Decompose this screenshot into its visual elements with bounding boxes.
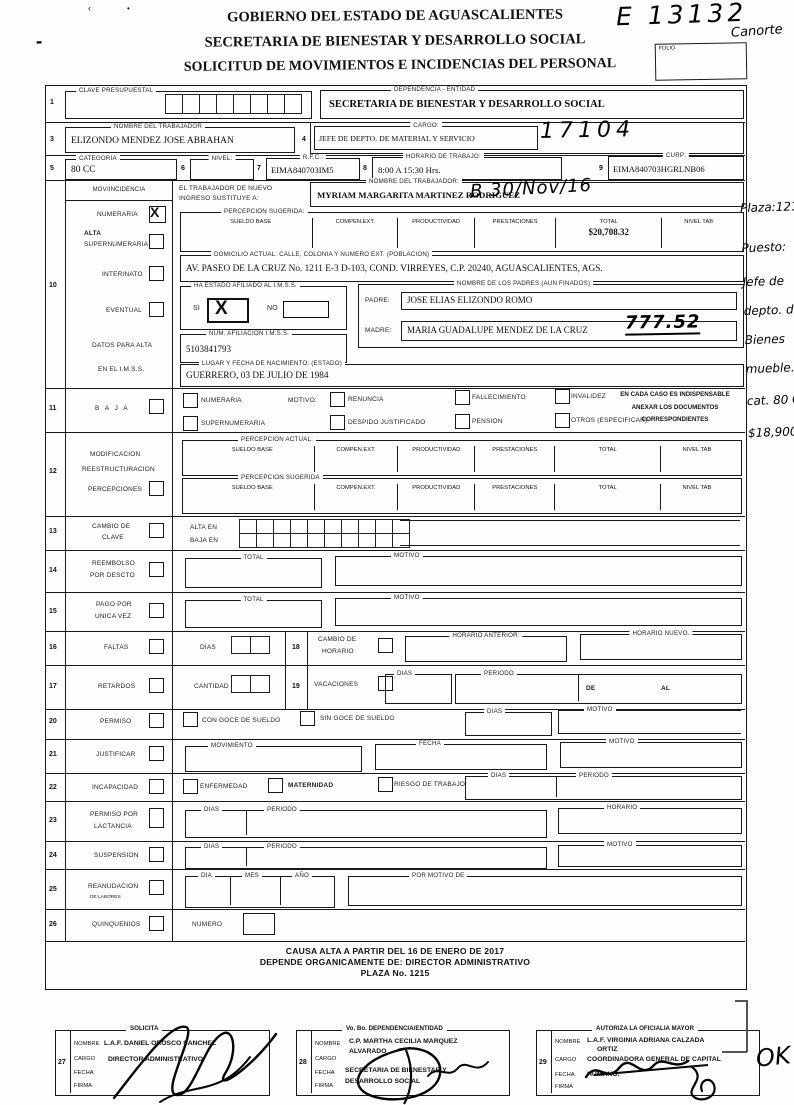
margin-notes: Plaza:1215 Puesto: Jefe de depto. d Bien… bbox=[740, 199, 794, 440]
en-el-imss-label: EN EL I.M.S.S. bbox=[98, 366, 144, 373]
grid-cell[interactable] bbox=[273, 519, 291, 534]
baja-en-label: BAJA EN bbox=[190, 537, 218, 544]
maternidad-label: MATERNIDAD bbox=[288, 782, 333, 789]
lactancia-checkbox[interactable] bbox=[149, 808, 164, 828]
divider bbox=[400, 545, 740, 546]
row-number-14: 14 bbox=[49, 567, 57, 574]
autoriza-nombre-value-1: L.A.F. VIRGINIA ADRIANA CALZADA bbox=[587, 1037, 704, 1044]
cargo-field[interactable]: CARGO: JEFE DE DEPTO. DE MATERIAL Y SERV… bbox=[314, 126, 538, 150]
horario-nuevo-field[interactable]: HORARIO NUEVO. bbox=[580, 634, 742, 660]
dias-label: DIAS bbox=[488, 772, 509, 779]
margin-note: Puesto: bbox=[741, 239, 794, 255]
percepcion-sugerida-label: PERCEPCION SUGERIDA: bbox=[221, 208, 308, 215]
vacaciones-dias-field[interactable]: DIAS bbox=[385, 674, 452, 704]
divider bbox=[45, 773, 745, 774]
cambio-clave-label-2: CLAVE bbox=[102, 534, 124, 541]
reembolso-label-1: REEMBOLSO bbox=[92, 560, 135, 567]
divider bbox=[45, 869, 745, 870]
domicilio-field[interactable]: DOMICILIO ACTUAL: CALLE, COLONIA Y NUMER… bbox=[180, 255, 744, 282]
grid-cell[interactable] bbox=[290, 533, 308, 548]
grid-cell[interactable] bbox=[307, 519, 325, 534]
signature-29 bbox=[580, 1045, 745, 1105]
col-nivel-tab[interactable]: NIVEL TAB bbox=[660, 484, 733, 510]
motivo-label: MOTIVO bbox=[391, 552, 423, 559]
divider bbox=[45, 432, 745, 433]
justificar-checkbox[interactable] bbox=[149, 746, 164, 761]
motivo-label: MOTIVO bbox=[391, 594, 423, 601]
periodo-label: PERIODO bbox=[576, 772, 612, 779]
col-productividad[interactable]: PRODUCTIVIDAD bbox=[397, 218, 474, 248]
divider bbox=[578, 675, 579, 701]
grid-cell[interactable] bbox=[239, 519, 257, 534]
row-number-8: 8 bbox=[363, 165, 367, 172]
curp-label: CURP: bbox=[663, 152, 689, 159]
divider bbox=[45, 801, 745, 802]
nacimiento-value: GUERRERO, 03 DE JULIO DE 1984 bbox=[186, 371, 329, 381]
quinquenios-numero-field[interactable] bbox=[243, 913, 275, 935]
enfermedad-checkbox[interactable] bbox=[183, 779, 198, 794]
dias-label: DIAS bbox=[201, 843, 222, 850]
alta-en-label: ALTA EN bbox=[190, 524, 217, 531]
col-nivel-tab[interactable]: NIVEL TAB bbox=[660, 446, 733, 472]
grid-cell[interactable] bbox=[341, 533, 359, 548]
vacaciones-periodo-field[interactable]: PERIODO DE AL bbox=[455, 674, 742, 704]
fecha-label: FECHA bbox=[74, 1070, 94, 1076]
row-number-9: 9 bbox=[599, 165, 603, 172]
supernumeraria-checkbox[interactable] bbox=[149, 234, 164, 249]
madre-value: MARIA GUADALUPE MENDEZ DE LA CRUZ bbox=[407, 325, 588, 335]
interinato-label: INTERINATO bbox=[102, 271, 143, 278]
percepcion-actual-box[interactable]: PERCEPCION ACTUAL: SUELDO BASE COMPEN.EX… bbox=[182, 440, 742, 476]
riesgo-label: RIESGO DE TRABAJO bbox=[394, 781, 465, 788]
col-prestaciones[interactable]: PRESTACIONES bbox=[474, 484, 554, 510]
baja-note: EN CADA CASO ES INDISPENSABLE ANEXAR LOS… bbox=[608, 389, 742, 427]
nacimiento-field[interactable]: LUGAR Y FECHA DE NACIMIENTO: (ESTADO) GU… bbox=[180, 364, 744, 387]
justificar-movimiento-field[interactable]: MOVIMIENTO bbox=[185, 746, 362, 772]
categoria-value: 80 CC bbox=[71, 165, 96, 175]
maternidad-checkbox[interactable] bbox=[268, 778, 283, 793]
eventual-label: EVENTUAL bbox=[106, 307, 142, 314]
eventual-checkbox[interactable] bbox=[149, 302, 164, 317]
scan-bracket bbox=[722, 1051, 747, 1053]
row-number-16: 16 bbox=[49, 644, 57, 651]
clave-cell[interactable] bbox=[165, 94, 183, 114]
row-number-3: 3 bbox=[50, 136, 54, 143]
periodo-label: PERIODO bbox=[264, 806, 300, 813]
incapacidad-label: INCAPACIDAD bbox=[92, 784, 138, 791]
col-label: SUELDO BASE bbox=[230, 219, 271, 225]
grid-cell[interactable] bbox=[307, 533, 325, 548]
grid-cell[interactable] bbox=[392, 519, 410, 534]
grid-cell[interactable] bbox=[324, 519, 342, 534]
suspension-dias-periodo-field[interactable]: DIAS PERIODO bbox=[185, 847, 547, 869]
baja-note-line: ANEXAR LOS DOCUMENTOS bbox=[608, 402, 742, 415]
dias-label: DIAS bbox=[484, 708, 505, 715]
cargo-value: JEFE DE DEPTO. DE MATERIAL Y SERVICIO bbox=[319, 134, 475, 143]
firma-label: FIRMA bbox=[555, 1084, 573, 1090]
handwritten-ok: OK bbox=[755, 1041, 792, 1072]
divider bbox=[556, 777, 557, 797]
lactancia-dias-periodo-field[interactable]: DIAS PERIODO bbox=[185, 810, 547, 838]
margin-note: $18,900.0 bbox=[748, 424, 794, 440]
con-goce-checkbox[interactable] bbox=[183, 712, 198, 727]
justificar-fecha-field[interactable]: FECHA bbox=[375, 744, 547, 770]
riesgo-checkbox[interactable] bbox=[378, 777, 393, 792]
dias-cell[interactable] bbox=[250, 636, 270, 654]
col-productividad[interactable]: PRODUCTIVIDAD bbox=[397, 484, 474, 510]
margin-note: Jefe de bbox=[742, 273, 794, 289]
row-number-12: 12 bbox=[49, 468, 57, 475]
baja-numeraria-checkbox[interactable] bbox=[183, 393, 198, 408]
cambio-horario-checkbox[interactable] bbox=[378, 638, 393, 653]
cargo-label: CARGO bbox=[555, 1057, 576, 1063]
sin-goce-label: SIN GOCE DE SUELDO bbox=[320, 715, 395, 722]
modificacion-label: MODIFICACION bbox=[90, 451, 140, 458]
clave-cell[interactable] bbox=[182, 94, 200, 114]
de-label: DE bbox=[586, 685, 595, 692]
reembolso-total-field[interactable]: TOTAL bbox=[185, 558, 322, 588]
horario-trabajo-label: HORARIO DE TRABAJO: bbox=[403, 153, 484, 160]
horario-anterior-field[interactable]: HORARIO ANTERIOR: bbox=[405, 636, 567, 662]
ano-label: AÑO bbox=[292, 872, 312, 879]
no-checkbox[interactable] bbox=[283, 301, 329, 318]
col-compen-ext[interactable]: COMPEN.EXT. bbox=[312, 218, 397, 248]
categoria-label: CATEGORIA bbox=[76, 155, 120, 162]
si-label: SI bbox=[193, 305, 200, 312]
permiso-motivo-field[interactable]: MOTIVO bbox=[558, 710, 741, 734]
rfc-value: EIMA840703IM5 bbox=[271, 165, 334, 175]
nivel-field[interactable]: NIVEL: bbox=[190, 159, 254, 180]
numeraria-checkbox[interactable]: X bbox=[149, 206, 166, 223]
col-total[interactable]: TOTAL $20,708.32 bbox=[555, 218, 661, 248]
autoriza-title: AUTORIZA LA OFICIALIA MAYOR bbox=[592, 1025, 698, 1032]
num-afiliacion-label: NUM. AFILIACION I.M.S.S. bbox=[206, 330, 292, 337]
col-sueldo-base[interactable]: SUELDO BASE bbox=[191, 446, 314, 472]
reanudacion-motivo-field[interactable]: POR MOTIVO DE bbox=[348, 876, 742, 906]
total-label: TOTAL bbox=[240, 596, 266, 603]
row-number-21: 21 bbox=[49, 751, 57, 758]
baja-invalidez-label: INVALIDEZ bbox=[571, 393, 606, 400]
grid-cell[interactable] bbox=[375, 533, 393, 548]
divider bbox=[45, 739, 745, 740]
col-sueldo-base[interactable]: SUELDO BASE bbox=[191, 484, 314, 510]
domicilio-value: AV. PASEO DE LA CRUZ No. 1211 E-3 D-103,… bbox=[186, 264, 603, 274]
col-prestaciones[interactable]: PRESTACIONES bbox=[474, 446, 554, 472]
baja-supernumeraria-checkbox[interactable] bbox=[183, 416, 198, 431]
cargo-label: CARGO bbox=[74, 1056, 95, 1062]
col-compen-ext[interactable]: COMPEN.EXT. bbox=[314, 484, 398, 510]
row-number-26: 26 bbox=[49, 921, 57, 928]
reembolso-checkbox[interactable] bbox=[149, 562, 164, 577]
categoria-field[interactable]: CATEGORIA 80 CC bbox=[65, 159, 177, 180]
scan-bracket bbox=[746, 1000, 748, 1052]
grid-cell[interactable] bbox=[256, 533, 274, 548]
dia-label: DIA bbox=[198, 872, 215, 879]
col-label: NIVEL TAB bbox=[684, 219, 713, 225]
cambio-clave-checkbox[interactable] bbox=[149, 523, 164, 538]
motivo-label: MOTIVO bbox=[584, 706, 616, 713]
scanned-form-page: ‹ • - GOBIERNO DEL ESTADO DE AGUASCALIEN… bbox=[0, 0, 794, 1105]
col-label: NIVEL TAB bbox=[683, 485, 712, 491]
col-label: PRODUCTIVIDAD bbox=[412, 485, 460, 491]
percepciones-label: PERCEPCIONES bbox=[88, 486, 142, 493]
suspension-label: SUSPENSION bbox=[94, 852, 139, 859]
cantidad-label: CANTIDAD bbox=[194, 683, 229, 690]
curp-field[interactable]: CURP: EIMA840703HGRLNB06 bbox=[608, 156, 744, 180]
handwritten-madre-amount: 777.52 bbox=[625, 311, 701, 335]
baja-checkbox[interactable] bbox=[149, 399, 164, 414]
sustituto-nombre-label: NOMBRE DEL TRABAJADOR: bbox=[366, 178, 462, 185]
row-number-4: 4 bbox=[302, 136, 306, 143]
divider bbox=[551, 1031, 552, 1093]
permiso-label: PERMISO bbox=[100, 718, 131, 725]
folio-box[interactable]: FOLIO bbox=[655, 42, 748, 81]
grid-cell[interactable] bbox=[324, 533, 342, 548]
mes-label: MES bbox=[242, 872, 262, 879]
col-nivel-tab[interactable]: NIVEL TAB bbox=[661, 218, 735, 248]
baja-invalidez-checkbox[interactable] bbox=[555, 389, 570, 404]
row-number-6: 6 bbox=[181, 165, 185, 172]
percepciones-checkbox[interactable] bbox=[149, 481, 164, 496]
suspension-checkbox[interactable] bbox=[149, 847, 164, 862]
handwritten-canorte: Canorte bbox=[731, 22, 784, 41]
percepcion-columns: SUELDO BASE COMPEN.EXT. PRODUCTIVIDAD PR… bbox=[189, 218, 735, 248]
quinquenios-checkbox[interactable] bbox=[149, 916, 164, 931]
col-sueldo-base[interactable]: SUELDO BASE bbox=[189, 218, 312, 248]
cambio-horario-label-2: HORARIO bbox=[322, 648, 354, 655]
faltas-checkbox[interactable] bbox=[149, 639, 164, 654]
grid-cell[interactable] bbox=[290, 519, 308, 534]
col-label: COMPEN.EXT. bbox=[336, 485, 375, 491]
percepcion-actual-label: PERCEPCION ACTUAL: bbox=[238, 436, 316, 443]
sin-goce-checkbox[interactable] bbox=[300, 711, 315, 726]
baja-note-line: CORRESPONDIENTES bbox=[608, 414, 742, 427]
margin-note: depto. d bbox=[743, 302, 794, 318]
col-label: SUELDO BASE bbox=[232, 485, 273, 491]
col-label: TOTAL bbox=[599, 447, 617, 453]
baja-pension-checkbox[interactable] bbox=[455, 414, 470, 429]
grid-cell[interactable] bbox=[273, 533, 291, 548]
dias-label: DIAS bbox=[200, 644, 216, 651]
grid-cell[interactable] bbox=[358, 533, 376, 548]
mov-incidencia-header: MOV/INCIDENCIA bbox=[66, 187, 172, 193]
pago-checkbox[interactable] bbox=[149, 603, 164, 618]
quinquenios-label: QUINQUENIOS bbox=[92, 921, 140, 928]
header-line-2: SECRETARIA DE BIENESTAR Y DESARROLLO SOC… bbox=[170, 31, 620, 52]
clave-grid[interactable] bbox=[240, 519, 410, 548]
baja-supernumeraria-label: SUPERNUMERARIA bbox=[201, 420, 265, 427]
row-number-18: 18 bbox=[292, 644, 300, 651]
clave-presupuestal-field[interactable]: CLAVE PRESUPUESTAL bbox=[65, 91, 312, 119]
no-label: NO bbox=[267, 305, 278, 312]
header-line-3: SOLICITUD DE MOVIMIENTOS E INCIDENCIAS D… bbox=[150, 56, 650, 76]
baja-otros-checkbox[interactable] bbox=[555, 413, 570, 428]
por-motivo-label: POR MOTIVO DE bbox=[409, 872, 467, 879]
permiso-checkbox[interactable] bbox=[149, 713, 164, 728]
col-label: TOTAL bbox=[600, 219, 618, 225]
percepcion-sugerida2-columns: SUELDO BASE COMPEN.EXT. PRODUCTIVIDAD PR… bbox=[191, 484, 733, 510]
divider bbox=[70, 1031, 71, 1093]
cambio-horario-label-1: CAMBIO DE bbox=[318, 636, 356, 643]
margin-note: Bienes bbox=[744, 331, 794, 347]
clave-cell[interactable] bbox=[216, 94, 234, 114]
lactancia-label-1: PERMISO POR bbox=[90, 811, 138, 818]
retardos-checkbox[interactable] bbox=[149, 678, 164, 693]
divider bbox=[172, 180, 173, 941]
clave-cell[interactable] bbox=[199, 94, 217, 114]
col-label: COMPEN.EXT. bbox=[336, 219, 375, 225]
col-label: PRESTACIONES bbox=[492, 485, 537, 491]
reembolso-motivo-field[interactable]: MOTIVO bbox=[335, 556, 742, 586]
divider bbox=[280, 877, 281, 905]
col-productividad[interactable]: PRODUCTIVIDAD bbox=[397, 446, 474, 472]
clave-cell[interactable] bbox=[284, 94, 302, 114]
grid-cell[interactable] bbox=[375, 519, 393, 534]
padres-label: NOMBRE DE LOS PADRES (AUN FINADOS) bbox=[454, 280, 593, 287]
baja-renuncia-checkbox[interactable] bbox=[330, 392, 345, 407]
datos-para-alta-label: DATOS PARA ALTA bbox=[92, 342, 152, 349]
cargo-label: CARGO: bbox=[410, 122, 442, 129]
clave-cells[interactable] bbox=[166, 94, 302, 114]
divider bbox=[246, 848, 247, 866]
handwritten-folio-code: E 13132 bbox=[616, 0, 748, 31]
divider bbox=[246, 811, 247, 835]
col-label: COMPEN.EXT. bbox=[336, 447, 375, 453]
divider bbox=[45, 665, 745, 666]
footer-line-2: DEPENDE ORGANICAMENTE DE: DIRECTOR ADMIN… bbox=[45, 957, 745, 967]
divider bbox=[45, 941, 745, 942]
fecha-label: FECHA bbox=[315, 1070, 335, 1076]
baja-despido-checkbox[interactable] bbox=[330, 415, 345, 430]
pago-label-1: PAGO POR bbox=[96, 601, 132, 608]
col-total[interactable]: TOTAL bbox=[554, 484, 660, 510]
grid-cell[interactable] bbox=[239, 533, 257, 548]
nombre-trabajador-label: NOMBRE DEL TRABAJADOR bbox=[111, 123, 205, 130]
numeraria-label: NUMERARIA bbox=[97, 211, 138, 218]
retardos-cantidad-cells[interactable] bbox=[232, 675, 270, 693]
nombre-label: NOMBRE bbox=[315, 1041, 340, 1047]
periodo-label: PERIODO bbox=[264, 843, 300, 850]
nacimiento-label: LUGAR Y FECHA DE NACIMIENTO: (ESTADO) bbox=[199, 360, 345, 367]
clave-presupuestal-label: CLAVE PRESUPUESTAL bbox=[76, 87, 156, 94]
nombre-trabajador-field[interactable]: NOMBRE DEL TRABAJADOR ELIZONDO MENDEZ JO… bbox=[65, 127, 295, 153]
horario-anterior-label: HORARIO ANTERIOR: bbox=[449, 632, 522, 639]
incapacidad-dias-periodo-field[interactable]: DIAS PERIODO bbox=[465, 776, 742, 800]
header-line-1: GOBIERNO DEL ESTADO DE AGUASCALIENTES bbox=[180, 6, 610, 27]
dependencia-field[interactable]: DEPENDENCIA - ENTIDAD SECRETARIA DE BIEN… bbox=[320, 90, 744, 119]
reestructuracion-label: REESTRUCTURACION bbox=[82, 466, 155, 473]
reanudacion-fecha-field[interactable]: DIA MES AÑO bbox=[185, 876, 335, 908]
scan-speck: • bbox=[127, 4, 130, 13]
margin-note: mueble. bbox=[745, 360, 794, 376]
folio-label: FOLIO bbox=[659, 45, 676, 51]
clave-cell[interactable] bbox=[267, 94, 285, 114]
domicilio-label: DOMICILIO ACTUAL: CALLE, COLONIA Y NUMER… bbox=[211, 251, 432, 258]
row-number-29: 29 bbox=[539, 1059, 547, 1066]
justificar-label: JUSTIFICAR bbox=[96, 751, 136, 758]
nivel-label: NIVEL: bbox=[209, 155, 236, 162]
percepcion-sugerida2-box[interactable]: PERCEPCION SUGERIDA SUELDO BASE COMPEN.E… bbox=[182, 478, 742, 514]
clave-cell[interactable] bbox=[250, 94, 268, 114]
row-number-19: 19 bbox=[292, 683, 300, 690]
padre-field[interactable]: JOSE ELIAS ELIZONDO ROMO bbox=[401, 292, 737, 310]
numeraria-checkmark: X bbox=[150, 204, 159, 220]
divider bbox=[307, 631, 308, 709]
baja-label: B A J A bbox=[95, 405, 130, 412]
pago-motivo-field[interactable]: MOTIVO bbox=[335, 598, 742, 626]
handwritten-cargo-number: 17104 bbox=[540, 117, 635, 144]
suspension-motivo-field[interactable]: MOTIVO bbox=[558, 845, 742, 867]
lactancia-horario-field[interactable]: HORARIO bbox=[558, 808, 742, 834]
baja-fallecimiento-checkbox[interactable] bbox=[455, 390, 470, 405]
col-total[interactable]: TOTAL bbox=[554, 446, 660, 472]
interinato-checkbox[interactable] bbox=[149, 266, 164, 281]
pago-total-field[interactable]: TOTAL bbox=[185, 600, 322, 628]
nombre-label: NOMBRE bbox=[74, 1041, 99, 1047]
incapacidad-checkbox[interactable] bbox=[149, 779, 164, 794]
col-label: PRODUCTIVIDAD bbox=[412, 447, 460, 453]
dependencia-label: DEPENDENCIA - ENTIDAD bbox=[391, 86, 478, 93]
reanudacion-checkbox[interactable] bbox=[149, 880, 164, 895]
enfermedad-label: ENFERMEDAD bbox=[200, 783, 248, 790]
curp-value: EIMA840703HGRLNB06 bbox=[613, 164, 705, 174]
permiso-dias-field[interactable]: DIAS bbox=[465, 712, 552, 736]
col-label: NIVEL TAB bbox=[683, 447, 712, 453]
pago-label-2: UNICA VEZ bbox=[95, 613, 131, 620]
clave-cell[interactable] bbox=[233, 94, 251, 114]
divider bbox=[45, 516, 745, 517]
col-compen-ext[interactable]: COMPEN.EXT. bbox=[314, 446, 398, 472]
total-label: TOTAL bbox=[240, 554, 266, 561]
reanudacion-label: REANUDACION bbox=[88, 883, 138, 890]
row-number-28: 28 bbox=[299, 1059, 307, 1066]
faltas-dias-cells[interactable] bbox=[232, 636, 270, 654]
justificar-motivo-field[interactable]: MOTIVO bbox=[560, 742, 742, 768]
col-label: PRODUCTIVIDAD bbox=[412, 219, 460, 225]
alta-label: ALTA bbox=[84, 230, 101, 237]
cantidad-cell[interactable] bbox=[231, 675, 251, 693]
percepcion-sugerida-box[interactable]: PERCEPCION SUGERIDA: SUELDO BASE COMPEN.… bbox=[180, 212, 744, 252]
row-number-13: 13 bbox=[49, 528, 57, 535]
row-number-27: 27 bbox=[58, 1059, 66, 1066]
si-checkbox[interactable]: X bbox=[207, 298, 249, 323]
grid-cell[interactable] bbox=[358, 519, 376, 534]
scan-bracket bbox=[735, 1000, 747, 1002]
divider bbox=[65, 200, 172, 201]
baja-fallecimiento-label: FALLECIMIENTO bbox=[472, 394, 526, 401]
dias-cell[interactable] bbox=[231, 636, 251, 654]
padre-label: PADRE: bbox=[365, 297, 390, 304]
margin-dash: - bbox=[36, 32, 43, 51]
rfc-field[interactable]: R.F.C.: EIMA840703IM5 bbox=[266, 158, 360, 180]
grid-cell[interactable] bbox=[341, 519, 359, 534]
col-prestaciones[interactable]: PRESTACIONES bbox=[474, 218, 555, 248]
faltas-label: FALTAS bbox=[104, 644, 128, 651]
motivo-label: MOTIVO bbox=[606, 738, 638, 745]
grid-cell[interactable] bbox=[256, 519, 274, 534]
nombre-label: NOMBRE bbox=[555, 1039, 580, 1045]
cargo-label: CARGO bbox=[315, 1056, 336, 1062]
row-number-7: 7 bbox=[257, 165, 261, 172]
row-number-17: 17 bbox=[49, 683, 57, 690]
vacaciones-label: VACACIONES bbox=[314, 681, 358, 688]
cantidad-cell[interactable] bbox=[250, 675, 270, 693]
row-number-24: 24 bbox=[49, 852, 57, 859]
motivo-label: MOTIVO bbox=[604, 841, 636, 848]
col-label: PRESTACIONES bbox=[493, 219, 538, 225]
baja-numeraria-label: NUMERARIA bbox=[201, 397, 242, 404]
signature-28 bbox=[340, 1040, 500, 1105]
